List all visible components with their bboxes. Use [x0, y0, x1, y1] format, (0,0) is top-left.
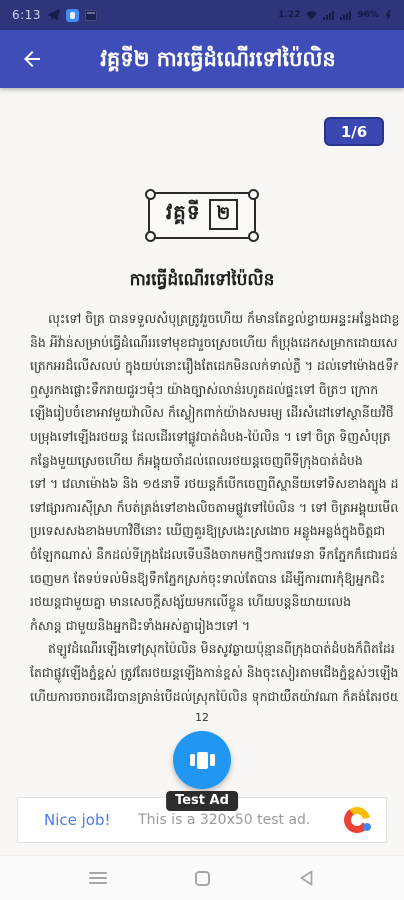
home-button[interactable]: [187, 863, 217, 893]
phone-screen: 6:13 1.22 96% វគ្គទី២ ការធ្វើដំណើរទៅប៉ៃល…: [0, 0, 404, 900]
text-line: ប្រទេសសងខាងមហាវិថីនោះ ឃើញគួរឱ្យស្រងេះស្រ…: [30, 519, 398, 543]
text-line: ទៅ ។ វេលាម៉ោង៦ និង ១៥នាទី រថយន្តក៏បើកចេញ…: [30, 472, 398, 496]
ad-headline[interactable]: Nice job!: [44, 811, 111, 829]
view-carousel-icon: [190, 752, 215, 769]
text-line: ចេញមក តែទប់ទល់មិនឱ្យទឹកភ្នែកស្រក់ចុះទាល់…: [30, 567, 398, 591]
text-line: ទៅផ្សារការស៊ីស្រា ក៏បត់ត្រង់ទៅខាងលិចតាមផ…: [30, 496, 398, 520]
recents-button[interactable]: [83, 863, 113, 893]
android-nav-bar: [0, 855, 404, 900]
chapter-ornament-row: វគ្គទី២: [0, 192, 404, 239]
status-bar: 6:13 1.22 96%: [0, 0, 404, 30]
text-line: ហើយការចរាចរដើរបានគ្រាន់បើដល់ស្រុកប៉ៃលិន …: [30, 685, 398, 709]
app-bar: វគ្គទី២ ការធ្វើដំណើរទៅប៉ៃលិន: [0, 30, 404, 88]
text-line: ឡើងរៀបចំខោអាវមួយវ៉ាលិស ក៏ស្លៀកពាក់យ៉ាងសម…: [30, 401, 398, 425]
back-triangle-icon: [298, 869, 315, 887]
ornament-corner-dot: [145, 189, 156, 200]
back-button[interactable]: [16, 43, 48, 75]
charging-bolt-icon: [385, 10, 392, 21]
ad-body-text: This is a 320x50 test ad.: [111, 812, 338, 828]
signal-bars-icon-2: [340, 11, 351, 20]
text-line: កន្លែងមួយស្រេចហើយ ក៏អង្គុយចាំដល់ពេលរថយន្…: [30, 449, 398, 473]
ornament-corner-dot: [145, 231, 156, 242]
text-line: ឥឡូវដំណើរឡើងទៅស្រុកប៉ៃលិន មិនសូវឆ្ងាយប៉ុ…: [30, 637, 398, 661]
chapter-label: វគ្គទី: [166, 200, 201, 224]
test-ad-chip: Test Ad: [166, 791, 238, 811]
ornament-corner-dot: [248, 189, 259, 200]
home-icon: [195, 871, 210, 886]
wifi-icon: [306, 11, 317, 20]
status-bar-right: 1.22 96%: [278, 10, 392, 21]
text-line: ត្រេកអរដ៏លើសលប់ ក្នុងយប់នោះរឿងតែដេកមិនលក…: [30, 354, 398, 378]
page-title: វគ្គទី២ ការធ្វើដំណើរទៅប៉ៃលិន: [48, 30, 388, 88]
reader-mode-fab[interactable]: [173, 731, 231, 789]
admob-logo-icon[interactable]: [344, 807, 370, 833]
page-indicator-badge: 1/6: [324, 117, 384, 146]
network-speed: 1.22: [278, 10, 300, 20]
recents-icon: [89, 872, 107, 884]
chapter-number: ២: [209, 199, 239, 230]
text-line: លុះទៅ ចិត្រ បានទទួលសំបុត្រត្រូវរួចហើយ ក៏…: [30, 307, 398, 331]
ornament-corner-dot: [248, 231, 259, 242]
text-line: បម្រុងទៅឡើងរថយន្ត ដែលដើរទៅផ្លូវបាត់ដំបង-…: [30, 425, 398, 449]
back-nav-button[interactable]: [291, 863, 321, 893]
text-line: រថយន្តជាមួយគ្នា មានសេចក្ដីសង្ស័យមកលើខ្លួ…: [30, 590, 398, 614]
messenger-app-icon: [66, 9, 79, 22]
scanned-page-number: 12: [0, 711, 404, 724]
clock: 6:13: [12, 8, 41, 22]
document-body: លុះទៅ ចិត្រ បានទទួលសំបុត្រត្រូវរួចហើយ ក៏…: [0, 307, 404, 708]
window-app-icon: [85, 10, 97, 21]
telegram-plane-icon: [47, 9, 60, 21]
text-line: និង អីវ៉ាន់សម្រាប់ធ្វើដំណើររទៅមុខជារួចស្…: [30, 331, 398, 355]
status-bar-left: 6:13: [12, 8, 97, 22]
text-line: តែជាផ្លូវឡើងភ្នំខ្ពស់ ត្រូវតែរថយន្តឡើងកា…: [30, 661, 398, 685]
battery-percent: 96%: [357, 10, 379, 20]
signal-bars-icon: [323, 11, 334, 20]
text-line: ចំឡែកណាស់ នឹកដល់ទីក្រុងដែលទើបនឹងចាកមកថ្ម…: [30, 543, 398, 567]
arrow-left-icon: [20, 47, 44, 71]
text-line: កំសាន្ត ជាមួយនិងអ្នកជិះទាំងអស់គ្នារៀងៗទៅ…: [30, 614, 398, 638]
chapter-ornament-box: វគ្គទី២: [148, 192, 256, 239]
chapter-heading: ការធ្វើដំណើរទៅប៉ៃលិន: [0, 269, 404, 294]
text-line: ឮសូរកងផ្លោះទឹករាយជួរៗមុំៗ យ៉ាងច្បាស់លាន់…: [30, 378, 398, 402]
